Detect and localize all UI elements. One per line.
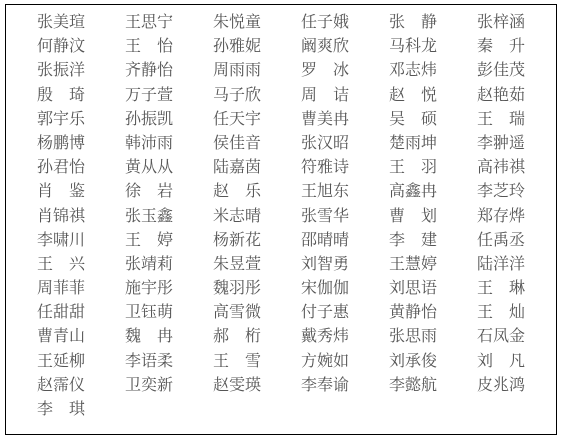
- name-cell: 张汉昭: [301, 131, 389, 155]
- name-cell: 朱悦童: [213, 10, 301, 34]
- name-cell: 皮兆鸿: [477, 373, 564, 397]
- name-cell: 杨鹏博: [37, 131, 125, 155]
- name-cell: 王思宁: [125, 10, 213, 34]
- name-cell: 张靖莉: [125, 252, 213, 276]
- name-cell: 吴 硕: [389, 107, 477, 131]
- name-cell: 任甜甜: [37, 300, 125, 324]
- name-cell: 楚雨坤: [389, 131, 477, 155]
- name-cell: 王延柳: [37, 349, 125, 373]
- name-cell: 侯佳音: [213, 131, 301, 155]
- name-cell: 魏羽彤: [213, 276, 301, 300]
- name-cell: 王 婷: [125, 228, 213, 252]
- name-cell: 张思雨: [389, 324, 477, 348]
- name-cell: 张雪华: [301, 204, 389, 228]
- name-cell: 刘思语: [389, 276, 477, 300]
- name-cell: 李 建: [389, 228, 477, 252]
- name-cell: 王 怡: [125, 34, 213, 58]
- name-cell: 赵 悦: [389, 83, 477, 107]
- name-cell: 曹 划: [389, 204, 477, 228]
- name-cell: 刘 凡: [477, 349, 564, 373]
- name-cell: 张 静: [389, 10, 477, 34]
- name-cell: 孙振凯: [125, 107, 213, 131]
- name-cell: 邓志炜: [389, 58, 477, 82]
- name-cell: 施宇彤: [125, 276, 213, 300]
- name-cell: 阚爽欣: [301, 34, 389, 58]
- name-cell: 孙雅妮: [213, 34, 301, 58]
- name-cell: 黄静怡: [389, 300, 477, 324]
- name-cell: 孙君怡: [37, 155, 125, 179]
- name-cell: 赵 乐: [213, 179, 301, 203]
- name-cell: 刘智勇: [301, 252, 389, 276]
- name-cell: 卫奕新: [125, 373, 213, 397]
- name-cell: 肖锦祺: [37, 204, 125, 228]
- name-cell: [477, 397, 564, 421]
- name-cell: 李啸川: [37, 228, 125, 252]
- name-cell: 宋伽伽: [301, 276, 389, 300]
- name-cell: 郝 桁: [213, 324, 301, 348]
- name-cell: [301, 397, 389, 421]
- name-cell: 李翀遥: [477, 131, 564, 155]
- name-cell: 陆洋洋: [477, 252, 564, 276]
- name-cell: 高鑫冉: [389, 179, 477, 203]
- name-cell: 马科龙: [389, 34, 477, 58]
- name-cell: 李懿航: [389, 373, 477, 397]
- name-cell: 王 兴: [37, 252, 125, 276]
- name-cell: 赵艳茹: [477, 83, 564, 107]
- name-cell: 高雪微: [213, 300, 301, 324]
- name-cell: 张玉鑫: [125, 204, 213, 228]
- name-cell: 杨新花: [213, 228, 301, 252]
- name-cell: 徐 岩: [125, 179, 213, 203]
- name-cell: 郭宇乐: [37, 107, 125, 131]
- name-cell: 王 瑞: [477, 107, 564, 131]
- name-cell: [125, 397, 213, 421]
- name-cell: 任禹丞: [477, 228, 564, 252]
- name-cell: 万子萱: [125, 83, 213, 107]
- name-cell: 戴秀炜: [301, 324, 389, 348]
- name-cell: 王 琳: [477, 276, 564, 300]
- name-cell: 黄从从: [125, 155, 213, 179]
- name-cell: 王慧婷: [389, 252, 477, 276]
- name-cell: 肖 鉴: [37, 179, 125, 203]
- name-cell: [389, 397, 477, 421]
- name-cell: 王 灿: [477, 300, 564, 324]
- name-cell: 彭佳茂: [477, 58, 564, 82]
- name-cell: 秦 升: [477, 34, 564, 58]
- name-cell: 魏 冉: [125, 324, 213, 348]
- name-cell: 王 雪: [213, 349, 301, 373]
- name-cell: 马子欣: [213, 83, 301, 107]
- name-cell: 罗 冰: [301, 58, 389, 82]
- name-cell: 赵霈仪: [37, 373, 125, 397]
- name-cell: 李奉谕: [301, 373, 389, 397]
- name-cell: 韩沛雨: [125, 131, 213, 155]
- name-cell: 齐静怡: [125, 58, 213, 82]
- name-cell: 朱昱萱: [213, 252, 301, 276]
- name-cell: 张美瑄: [37, 10, 125, 34]
- name-cell: 何静汶: [37, 34, 125, 58]
- name-cell: 石凤金: [477, 324, 564, 348]
- name-cell: 李语柔: [125, 349, 213, 373]
- name-cell: 高祎祺: [477, 155, 564, 179]
- name-cell: 邵晴晴: [301, 228, 389, 252]
- name-cell: 周菲菲: [37, 276, 125, 300]
- name-cell: 陆嘉茵: [213, 155, 301, 179]
- name-cell: 殷 琦: [37, 83, 125, 107]
- name-cell: 李 琪: [37, 397, 125, 421]
- name-cell: 付子惠: [301, 300, 389, 324]
- name-cell: 郑存烨: [477, 204, 564, 228]
- name-cell: 任天宇: [213, 107, 301, 131]
- name-cell: 曹美冉: [301, 107, 389, 131]
- name-cell: 李芝玲: [477, 179, 564, 203]
- name-cell: 曹青山: [37, 324, 125, 348]
- name-cell: 米志晴: [213, 204, 301, 228]
- name-cell: 张振洋: [37, 58, 125, 82]
- name-cell: 王旭东: [301, 179, 389, 203]
- name-cell: 周 诘: [301, 83, 389, 107]
- name-grid: 张美瑄王思宁朱悦童任子娥张 静张梓涵何静汶王 怡孙雅妮阚爽欣马科龙秦 升张振洋齐…: [37, 10, 564, 421]
- name-cell: 任子娥: [301, 10, 389, 34]
- name-cell: 卫钰萌: [125, 300, 213, 324]
- name-cell: 赵雯瑛: [213, 373, 301, 397]
- name-cell: 王 羽: [389, 155, 477, 179]
- name-cell: 方婉如: [301, 349, 389, 373]
- name-cell: 符雅诗: [301, 155, 389, 179]
- name-cell: 张梓涵: [477, 10, 564, 34]
- name-cell: 刘承俊: [389, 349, 477, 373]
- name-cell: [213, 397, 301, 421]
- name-list-frame: 张美瑄王思宁朱悦童任子娥张 静张梓涵何静汶王 怡孙雅妮阚爽欣马科龙秦 升张振洋齐…: [5, 4, 557, 435]
- name-cell: 周雨雨: [213, 58, 301, 82]
